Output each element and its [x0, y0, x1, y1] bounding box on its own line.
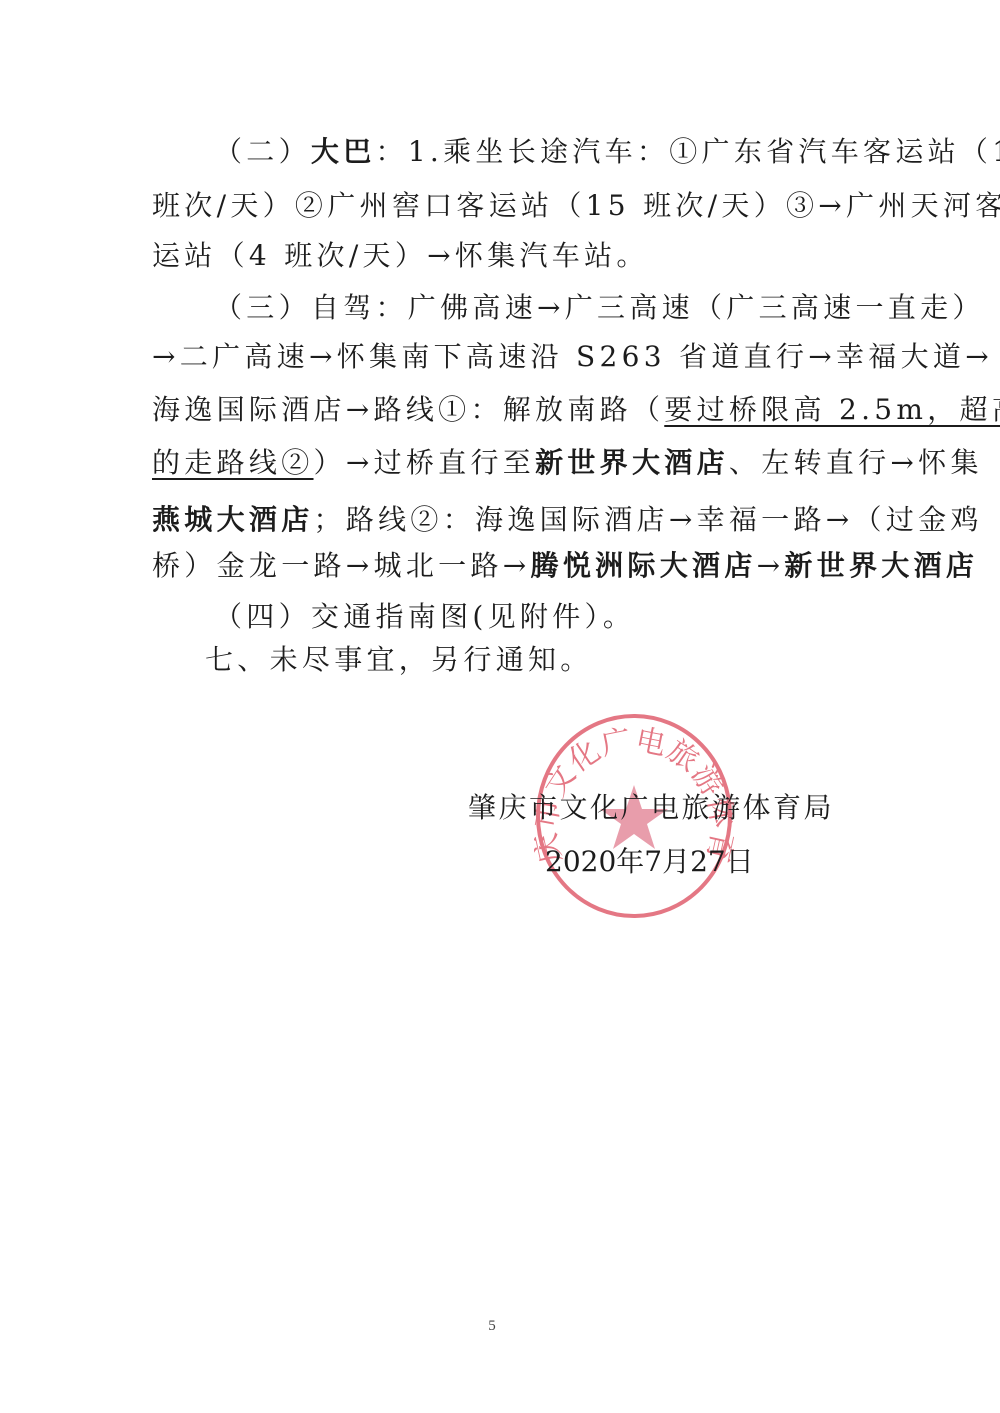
- route-text: 、左转直行→怀集: [729, 446, 983, 479]
- page-number: 5: [482, 1318, 502, 1335]
- signature-organization: 肇庆市文化广电旅游体育局: [468, 788, 834, 828]
- section-marker: （二）: [214, 135, 311, 168]
- paragraph-bus-line-1: （二）大巴：1.乘坐长途汽车：①广东省汽车客运站（14: [214, 132, 842, 172]
- route-text: 海逸国际酒店→路线①：解放南路（: [152, 393, 664, 426]
- paragraph-bus-line-2: 班次/天）②广州窖口客运站（15 班次/天）③→广州天河客: [152, 186, 842, 226]
- paragraph-drive-line-2: →二广高速→怀集南下高速沿 S263 省道直行→幸福大道→: [152, 337, 842, 377]
- route-text: ）→过桥直行至: [314, 446, 536, 479]
- paragraph-bus-line-3: 运站（4 班次/天）→怀集汽车站。: [152, 236, 842, 276]
- route-text: →: [757, 549, 785, 582]
- hotel-name: 腾悦洲际大酒店: [531, 549, 757, 582]
- hotel-name: 燕城大酒店: [152, 503, 314, 536]
- paragraph-drive-line-5: 燕城大酒店；路线②：海逸国际酒店→幸福一路→（过金鸡: [152, 500, 842, 540]
- route-text: 桥）金龙一路→城北一路→: [152, 549, 531, 582]
- paragraph-closing: 七、未尽事宜，另行通知。: [205, 640, 895, 680]
- hotel-name: 新世界大酒店: [784, 549, 978, 582]
- document-page: （二）大巴：1.乘坐长途汽车：①广东省汽车客运站（14 班次/天）②广州窖口客运…: [0, 0, 1000, 1413]
- section-heading-bus: 大巴: [311, 135, 376, 168]
- paragraph-drive-line-4: 的走路线②）→过桥直行至新世界大酒店、左转直行→怀集: [152, 443, 842, 483]
- bus-text: ：1.乘坐长途汽车：①广东省汽车客运站（14: [376, 135, 1000, 168]
- signature-date: 2020年7月27日: [545, 842, 754, 882]
- height-limit-note-cont: 的走路线②: [152, 446, 314, 479]
- height-limit-note: 要过桥限高 2.5m，超高: [664, 393, 1000, 426]
- paragraph-map: （四）交通指南图(见附件）。: [214, 597, 842, 637]
- paragraph-drive-line-1: （三）自驾：广佛高速→广三高速（广三高速一直走）: [214, 288, 842, 328]
- route-text: ；路线②：海逸国际酒店→幸福一路→（过金鸡: [314, 503, 983, 536]
- paragraph-drive-line-6: 桥）金龙一路→城北一路→腾悦洲际大酒店→新世界大酒店: [152, 546, 842, 586]
- paragraph-drive-line-3: 海逸国际酒店→路线①：解放南路（要过桥限高 2.5m，超高: [152, 390, 842, 430]
- hotel-name: 新世界大酒店: [535, 446, 729, 479]
